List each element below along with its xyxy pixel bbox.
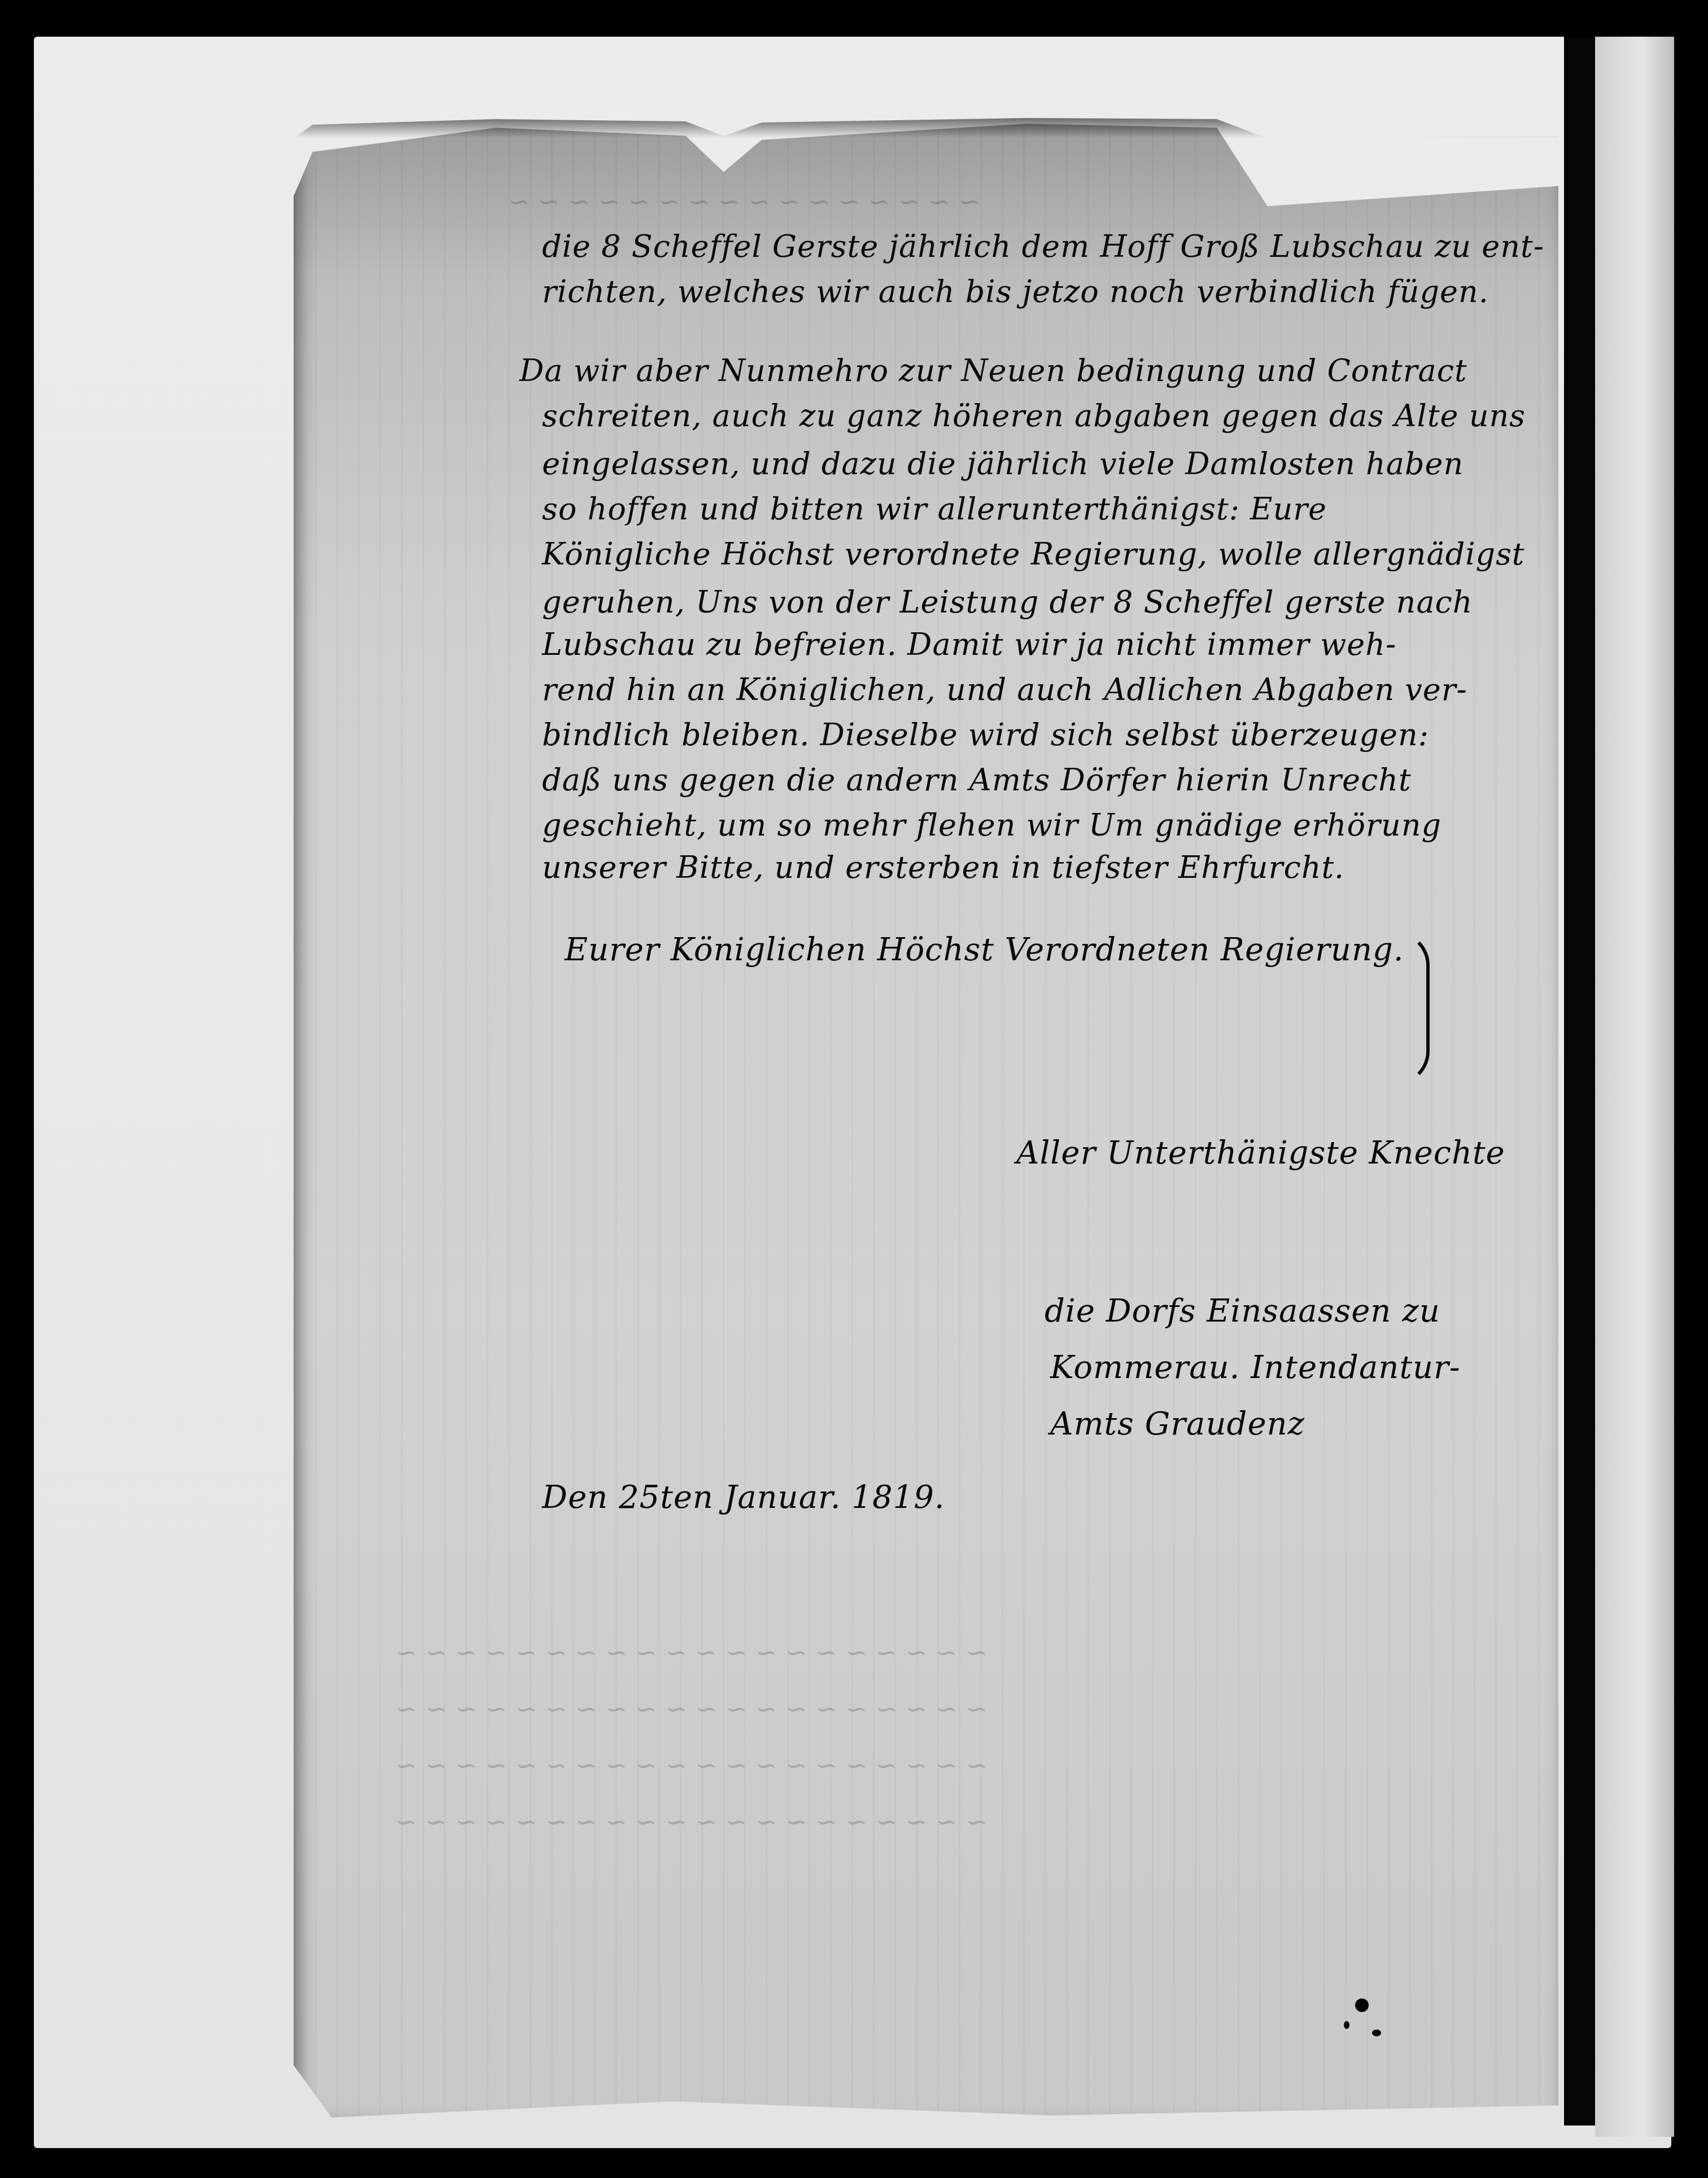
text-line: geruhen, Uns von der Leistung der 8 Sche… (542, 584, 1473, 620)
bleed-through-text: ~ ~ ~ ~ ~ ~ ~ ~ ~ ~ ~ ~ ~ ~ ~ ~ ~ ~ ~ ~ (395, 1637, 988, 1668)
bleed-through-text: ~ ~ ~ ~ ~ ~ ~ ~ ~ ~ ~ ~ ~ ~ ~ ~ (508, 186, 980, 217)
right-page-flap (1595, 37, 1674, 2137)
bleed-through-text: ~ ~ ~ ~ ~ ~ ~ ~ ~ ~ ~ ~ ~ ~ ~ ~ ~ ~ ~ ~ (395, 1750, 988, 1781)
text-line: unserer Bitte, und ersterben in tiefster… (542, 850, 1344, 885)
text-line: eingelassen, und dazu die jährlich viele… (542, 446, 1464, 482)
closing-formula: Aller Unterthänigste Knechte (1016, 1135, 1505, 1171)
ink-blot (1344, 2021, 1349, 2029)
signature-line: die Dorfs Einsaassen zu (1045, 1293, 1440, 1329)
signature-line: Amts Graudenz (1050, 1406, 1305, 1442)
text-line: die 8 Scheffel Gerste jährlich dem Hoff … (542, 229, 1544, 264)
text-line: Da wir aber Nunmehro zur Neuen bedingung… (519, 353, 1467, 388)
text-line: schreiten, auch zu ganz höheren abgaben … (542, 398, 1526, 434)
ink-blot (1372, 2030, 1381, 2036)
binding-fold (1564, 37, 1595, 2125)
salutation: Eurer Königlichen Höchst Verordneten Reg… (565, 931, 1404, 968)
signature-line: Kommerau. Intendantur- (1050, 1349, 1461, 1386)
text-line: geschieht, um so mehr flehen wir Um gnäd… (542, 807, 1441, 843)
bleed-through-text: ~ ~ ~ ~ ~ ~ ~ ~ ~ ~ ~ ~ ~ ~ ~ ~ ~ ~ ~ ~ (395, 1807, 988, 1837)
text-line: daß uns gegen die andern Amts Dörfer hie… (542, 762, 1412, 798)
ink-blot (1355, 1998, 1369, 2012)
text-line: so hoffen und bitten wir allerunterthäni… (542, 491, 1327, 527)
text-line: Lubschau zu befreien. Damit wir ja nicht… (542, 627, 1396, 662)
salutation-brace (1378, 931, 1430, 1085)
bleed-through-text: ~ ~ ~ ~ ~ ~ ~ ~ ~ ~ ~ ~ ~ ~ ~ ~ ~ ~ ~ ~ (395, 1694, 988, 1724)
text-line: Königliche Höchst verordnete Regierung, … (542, 536, 1525, 572)
text-line: richten, welches wir auch bis jetzo noch… (542, 274, 1489, 309)
date-line: Den 25ten Januar. 1819. (542, 1479, 945, 1516)
text-line: bindlich bleiben. Dieselbe wird sich sel… (542, 717, 1429, 753)
text-line: rend hin an Königlichen, und auch Adlich… (542, 672, 1467, 707)
